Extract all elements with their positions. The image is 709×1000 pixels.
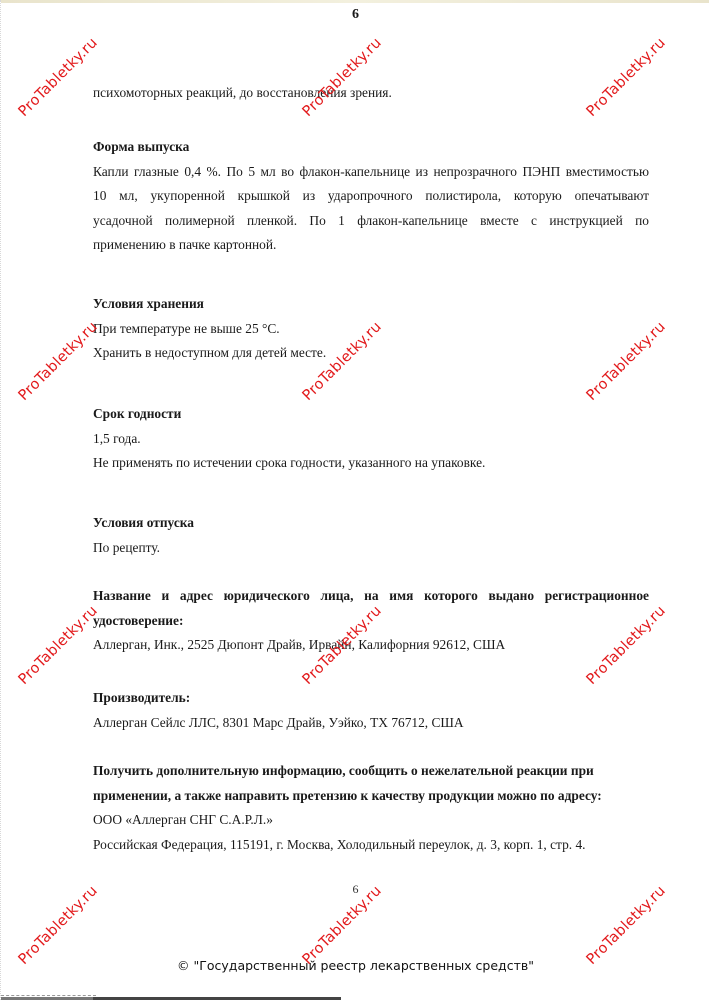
body-line: 10 мл, укупоренной крышкой из ударопрочн… bbox=[93, 184, 649, 209]
body-line: При температуре не выше 25 °С. bbox=[93, 317, 649, 342]
section-storage: Условия хранения При температуре не выше… bbox=[93, 292, 649, 366]
watermark: ProTabletky.ru bbox=[300, 35, 385, 120]
body-line: По рецепту. bbox=[93, 536, 649, 561]
body-line: ООО «Аллерган СНГ С.А.Р.Л.» bbox=[93, 808, 649, 833]
body-line: усадочной полимерной пленкой. По 1 флако… bbox=[93, 209, 649, 234]
body-line: Российская Федерация, 115191, г. Москва,… bbox=[93, 833, 649, 858]
body-line: Аллерган Сейлс ЛЛС, 8301 Марс Драйв, Уэй… bbox=[93, 711, 649, 736]
section-registration-holder: Название и адрес юридического лица, на и… bbox=[93, 584, 649, 658]
document-page: 6 психомоторных реакций, до восстановлен… bbox=[0, 0, 709, 1000]
section-heading: Условия отпуска bbox=[93, 511, 649, 536]
watermark: ProTabletky.ru bbox=[16, 35, 101, 120]
section-heading: Получить дополнительную информацию, сооб… bbox=[93, 759, 649, 784]
watermark: ProTabletky.ru bbox=[16, 319, 101, 404]
section-shelf-life: Срок годности 1,5 года. Не применять по … bbox=[93, 402, 649, 476]
section-heading: Производитель: bbox=[93, 686, 649, 711]
intro-paragraph: психомоторных реакций, до восстановления… bbox=[93, 81, 649, 106]
section-heading: Срок годности bbox=[93, 402, 649, 427]
section-dispensing: Условия отпуска По рецепту. bbox=[93, 511, 649, 560]
copyright-footer: © "Государственный реестр лекарственных … bbox=[1, 958, 709, 973]
watermark: ProTabletky.ru bbox=[584, 35, 669, 120]
intro-text: психомоторных реакций, до восстановления… bbox=[93, 81, 649, 106]
body-line: Хранить в недоступном для детей месте. bbox=[93, 341, 649, 366]
body-line: Капли глазные 0,4 %. По 5 мл во флакон-к… bbox=[93, 160, 649, 185]
section-heading: удостоверение: bbox=[93, 609, 649, 634]
scan-top-edge bbox=[1, 0, 709, 3]
body-line: применению в пачке картонной. bbox=[93, 233, 649, 258]
section-release-form: Форма выпуска Капли глазные 0,4 %. По 5 … bbox=[93, 135, 649, 258]
body-line: 1,5 года. bbox=[93, 427, 649, 452]
section-heading: Условия хранения bbox=[93, 292, 649, 317]
body-line: Не применять по истечении срока годности… bbox=[93, 451, 649, 476]
page-number-bottom: 6 bbox=[1, 882, 709, 897]
body-line: Аллерган, Инк., 2525 Дюпонт Драйв, Ирвай… bbox=[93, 633, 649, 658]
section-contact: Получить дополнительную информацию, сооб… bbox=[93, 759, 649, 857]
section-manufacturer: Производитель: Аллерган Сейлс ЛЛС, 8301 … bbox=[93, 686, 649, 735]
page-number-top: 6 bbox=[1, 7, 709, 23]
section-heading: применении, а также направить претензию … bbox=[93, 784, 649, 809]
watermark: ProTabletky.ru bbox=[16, 603, 101, 688]
section-heading: Форма выпуска bbox=[93, 135, 649, 160]
section-heading: Название и адрес юридического лица, на и… bbox=[93, 584, 649, 609]
